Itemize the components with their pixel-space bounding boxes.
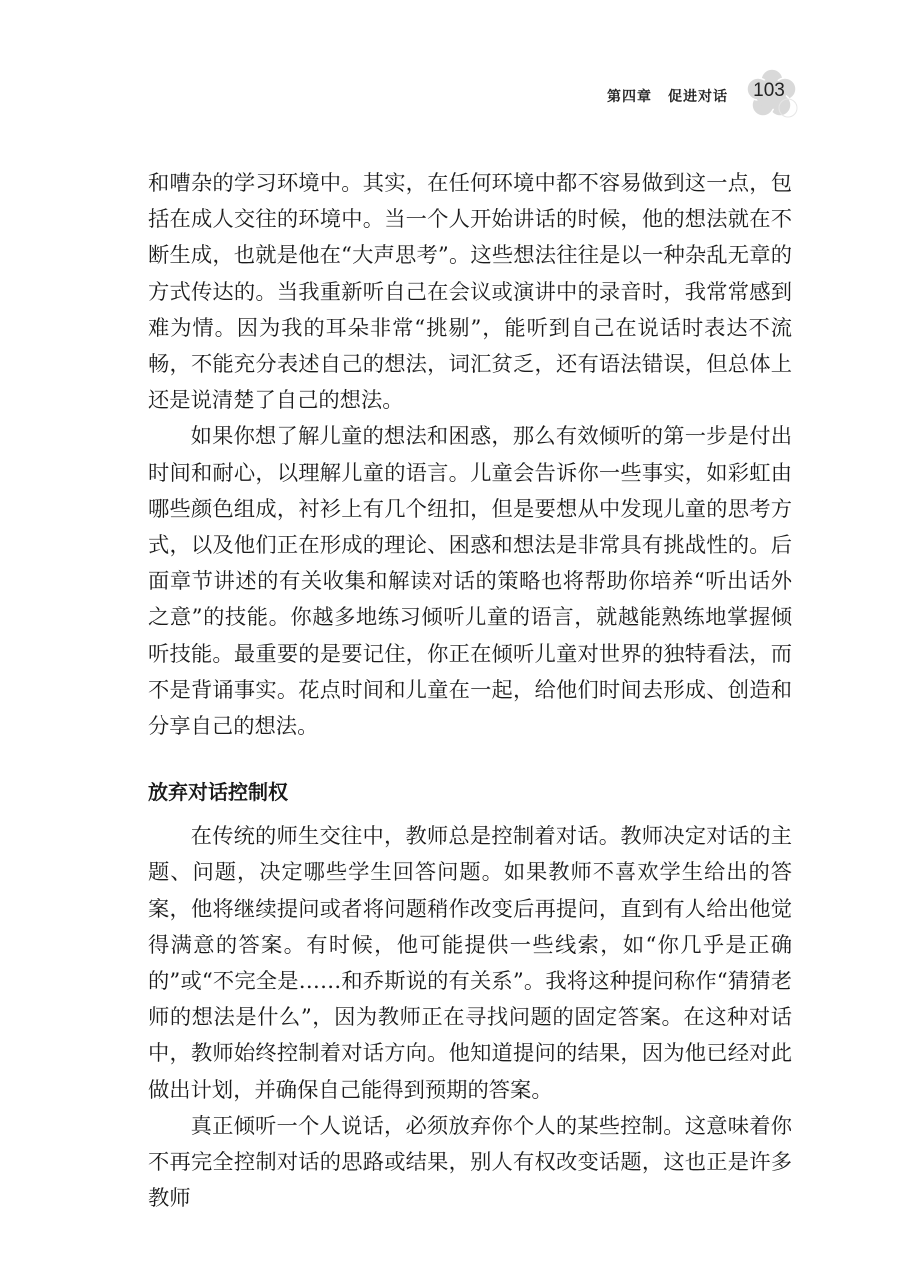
section-heading: 放弃对话控制权 [148, 774, 792, 810]
paragraph: 真正倾听一个人说话，必须放弃你个人的某些控制。这意味着你不再完全控制对话的思路或… [148, 1109, 792, 1218]
paragraph: 和嘈杂的学习环境中。其实，在任何环境中都不容易做到这一点，包括在成人交往的环境中… [148, 166, 792, 419]
page-number: 103 [746, 80, 792, 102]
page-number-badge: 103 [746, 68, 794, 116]
paragraph: 在传统的师生交往中，教师总是控制着对话。教师决定对话的主题、问题，决定哪些学生回… [148, 819, 792, 1109]
chapter-title: 促进对话 [668, 89, 728, 105]
running-head: 第四章促进对话 [607, 86, 728, 106]
paragraph: 如果你想了解儿童的想法和困惑，那么有效倾听的第一步是付出时间和耐心，以理解儿童的… [148, 419, 792, 745]
chapter-label: 第四章 [607, 89, 652, 105]
page-body: 和嘈杂的学习环境中。其实，在任何环境中都不容易做到这一点，包括在成人交往的环境中… [148, 166, 792, 1217]
page-header: 第四章促进对话 103 [0, 76, 900, 116]
